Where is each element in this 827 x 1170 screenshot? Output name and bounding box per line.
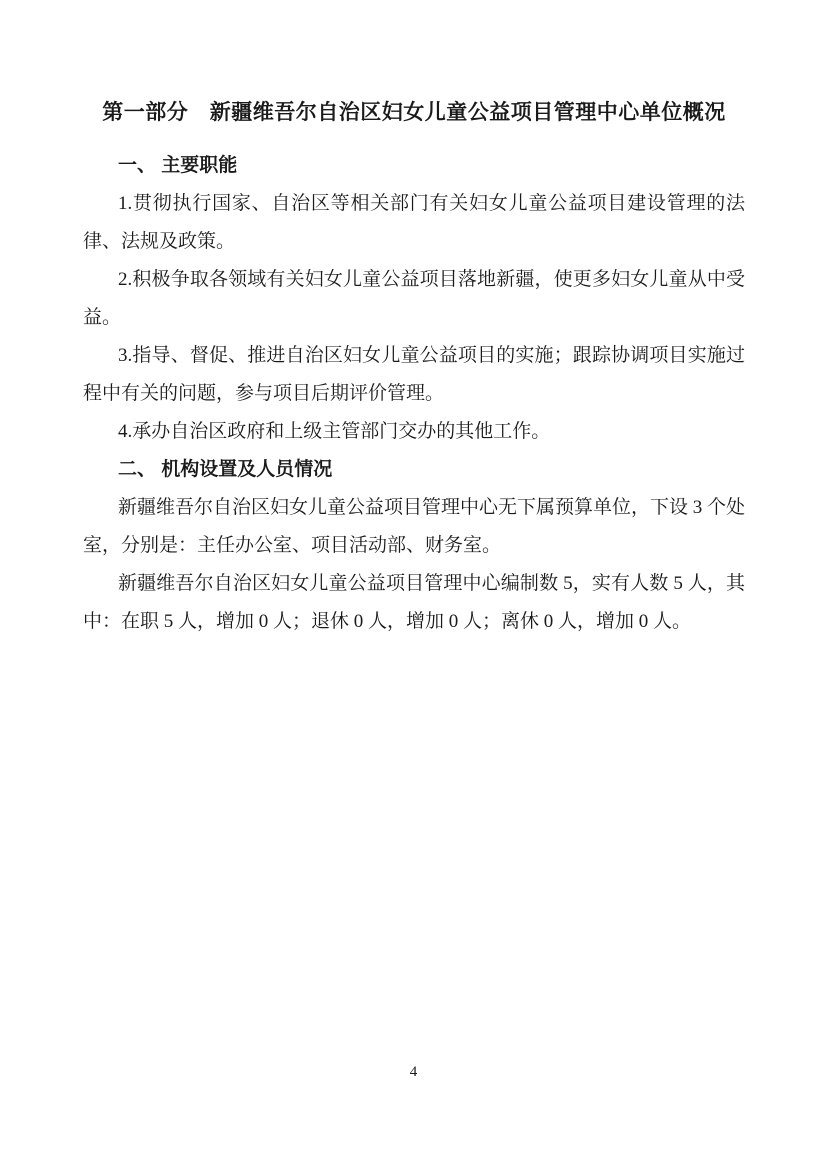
paragraph: 新疆维吾尔自治区妇女儿童公益项目管理中心无下属预算单位，下设 3 个处室，分别是… <box>83 489 745 565</box>
paragraph: 2.积极争取各领域有关妇女儿童公益项目落地新疆，使更多妇女儿童从中受益。 <box>83 261 745 337</box>
section-heading-main-functions: 一、 主要职能 <box>83 147 745 185</box>
section-heading-organization-staff: 二、 机构设置及人员情况 <box>83 451 745 489</box>
document-page: 第一部分 新疆维吾尔自治区妇女儿童公益项目管理中心单位概况 一、 主要职能 1.… <box>0 0 827 1170</box>
paragraph: 4.承办自治区政府和上级主管部门交办的其他工作。 <box>83 413 745 451</box>
page-number: 4 <box>0 1062 827 1082</box>
page-title: 第一部分 新疆维吾尔自治区妇女儿童公益项目管理中心单位概况 <box>83 100 745 125</box>
paragraph: 1.贯彻执行国家、自治区等相关部门有关妇女儿童公益项目建设管理的法律、法规及政策… <box>83 185 745 261</box>
paragraph: 3.指导、督促、推进自治区妇女儿童公益项目的实施；跟踪协调项目实施过程中有关的问… <box>83 337 745 413</box>
paragraph: 新疆维吾尔自治区妇女儿童公益项目管理中心编制数 5，实有人数 5 人，其中：在职… <box>83 565 745 641</box>
